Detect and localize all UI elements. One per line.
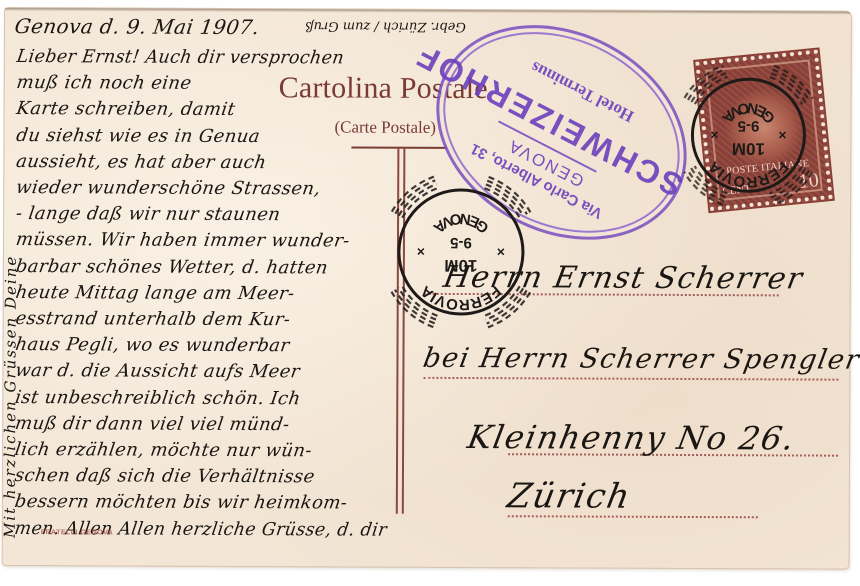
message-line: müssen. Wir haben immer wunder-	[14, 229, 351, 251]
svg-text:×: ×	[417, 244, 425, 260]
message-body: Lieber Ernst! Auch dir versprochenmuß ic…	[5, 8, 851, 12]
message-line: muß ich noch eine	[15, 72, 193, 94]
message-line: barbar schönes Wetter, d. hatten	[14, 256, 329, 278]
address-dotted-line	[423, 377, 838, 381]
svg-text:FERROVIA: FERROVIA	[705, 158, 792, 191]
svg-text:10M: 10M	[732, 139, 765, 158]
message-line: du siehst wie es in Genua	[15, 125, 261, 147]
message-line: muß dir dann viel viel münd-	[14, 413, 291, 435]
printer-mark: FRATELLI GENOVA	[41, 529, 114, 536]
svg-text:9-5: 9-5	[450, 234, 472, 251]
message-line: wieder wunderschöne Strassen,	[15, 177, 322, 199]
message-line: haus Pegli, wo es wunderbar	[14, 334, 291, 356]
address-line-2: bei Herrn Scherrer Spenglermstr.	[421, 343, 860, 376]
svg-text:×: ×	[778, 127, 786, 143]
message-line: schen daß sich die Verhältnisse	[13, 465, 316, 487]
upside-down-note: Gebr. Zürich / zum Gruß	[305, 17, 466, 34]
message-line: Karte schreiben, damit	[15, 98, 237, 120]
svg-text:9-5: 9-5	[738, 117, 760, 134]
postcard: Cartolina Postale (Carte Postale) Genova…	[3, 8, 851, 569]
message-line: war d. die Aussicht aufs Meer	[14, 360, 301, 382]
svg-text:×: ×	[710, 127, 718, 143]
svg-text:GENOVA: GENOVA	[430, 209, 493, 236]
margin-note: Mit herzlichen Grüssen Deine	[1, 88, 33, 538]
message-line: Lieber Ernst! Auch dir versprochen	[15, 46, 345, 68]
svg-text:10M: 10M	[444, 256, 477, 275]
message-line: heute Mittag lange am Meer-	[14, 282, 296, 304]
message-line: ist unbeschreiblich schön. Ich	[14, 387, 302, 409]
address-line-4: Zürich	[504, 476, 634, 517]
postmark-stamp: FERROVIAGENOVA10M9-5××	[672, 59, 825, 217]
message-line: esstrand unterhalb dem Kur-	[14, 308, 292, 330]
message-line: aussieht, es hat aber auch	[15, 151, 268, 173]
message-line: lich erzählen, möchte nur wün-	[14, 439, 314, 461]
message-line: bessern möchten bis wir heimkom-	[13, 491, 349, 513]
address-line-3: Kleinhenny No 26.	[465, 418, 799, 457]
message-line: - lange daß wir nur staunen	[15, 203, 282, 225]
svg-text:FERROVIA: FERROVIA	[417, 282, 504, 313]
postmark-center: FERROVIAGENOVA10M9-5××	[379, 170, 544, 340]
message-dateline: Genova d. 9. Mai 1907.	[13, 14, 261, 39]
svg-text:×: ×	[497, 244, 505, 260]
